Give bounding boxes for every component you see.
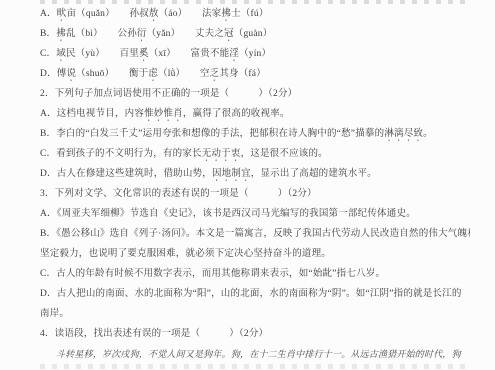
q2-option-c: C．看到孩子的不文明行为，有的家长无动于衷，这是很不应该的。	[40, 144, 470, 164]
emphasis-dotted-text: 冠	[224, 29, 234, 39]
q2-option-b: B．李白的“白发三千丈”运用夸张和想像的手法，把郁积在诗人胸中的“愁”描摹的淋漓…	[40, 124, 470, 144]
q1-option-a: A．畎亩（quǎn） 孙叔敖（áo） 法家拂士（fú）	[40, 4, 470, 24]
emphasis-dotted-text: 拂	[221, 9, 231, 19]
text-segment: 3．下列对文学、文化常识的表述有误的一项是（ ）（2分）	[40, 189, 317, 199]
q2-option-a: A．这档电视节目，内容惟妙惟肖，赢得了很高的收视率。	[40, 104, 470, 124]
text-segment: 其身（fá）	[219, 69, 266, 79]
emphasis-dotted-text: 因地制宜	[212, 169, 251, 179]
clipped-text-bottom	[40, 364, 465, 369]
text-segment: 南岸。	[40, 309, 69, 319]
q2-header: 2．下列句子加点词语使用不正确的一项是（ ）（2分）	[40, 84, 470, 104]
emphasis-dotted-text: 拂	[56, 29, 66, 39]
text-segment: 士（fú）	[231, 9, 268, 19]
text-segment: （yǎn） 丈夫之	[147, 29, 224, 39]
emphasis-dotted-text: 敖	[149, 9, 159, 19]
text-segment: （áo） 法家	[159, 9, 222, 19]
text-segment: （yín）	[239, 49, 271, 59]
emphasis-dotted-text: 域	[56, 49, 66, 59]
text-segment: A．《周亚夫军细柳》节选自《史记》，该书是西汉司马光编写的我国第一部纪传体通史。	[40, 209, 416, 219]
text-segment: D．傅	[40, 69, 66, 79]
text-segment: （shuō） 衡于	[76, 69, 148, 79]
text-segment: A．这档电视节目，内容	[40, 109, 144, 119]
text-segment: C．看到孩子的不文明行为，有的家长	[40, 149, 202, 159]
q4-passage-line-1: 斗转星移，岁次戌狗，不觉人间又是狗年。狗，在十二生肖中排行十一。从远古渔猎开始的…	[40, 344, 470, 364]
text-segment: 斗转星移，岁次戌狗，不觉人间又是狗年。狗，在十二生肖中排行十一。从远古渔猎开始的…	[56, 349, 461, 359]
emphasis-dotted-text: 奚	[139, 49, 149, 59]
text-segment: （lǜ） 空	[158, 69, 210, 79]
text-segment: D．古人在修建这些建筑时，借助山势，	[40, 169, 212, 179]
q3-option-c: C．古人的年龄有时候不用数字表示，而用其他称谓来表示，如“始龀”指七八岁。	[40, 264, 470, 284]
text-segment: A．	[40, 9, 57, 19]
exam-document-page: A．畎亩（quǎn） 孙叔敖（áo） 法家拂士（fú）B．拂乱（bì） 公孙衍（…	[40, 4, 470, 364]
q1-option-b: B．拂乱（bì） 公孙衍（yǎn） 丈夫之冠（guàn）	[40, 24, 470, 44]
emphasis-dotted-text: 惟妙惟肖	[144, 109, 183, 119]
emphasis-dotted-text: 无动于衷	[202, 149, 241, 159]
q3-option-b-continuation: 坚定毅力，也说明了要克服困难，就必须下定决心坚持奋斗的道理。	[40, 244, 470, 264]
q3-header: 3．下列对文学、文化常识的表述有误的一项是（ ）（2分）	[40, 184, 470, 204]
q2-option-d: D．古人在修建这些建筑时，借助山势，因地制宜，显示出了高超的建筑水平。	[40, 164, 470, 184]
q1-option-c: C．域民（yù） 百里奚（xī） 富贵不能淫（yín）	[40, 44, 470, 64]
emphasis-dotted-text: 畎	[57, 9, 67, 19]
q1-option-d: D．傅说（shuō） 衡于虑（lǜ） 空乏其身（fá）	[40, 64, 470, 84]
emphasis-dotted-text: 虑	[148, 69, 158, 79]
emphasis-dotted-text: 衍	[137, 29, 147, 39]
q3-option-a: A．《周亚夫军细柳》节选自《史记》，该书是西汉司马光编写的我国第一部纪传体通史。	[40, 204, 470, 224]
text-segment: （xī） 富贵不能	[149, 49, 230, 59]
text-segment: 坚定毅力，也说明了要克服困难，就必须下定决心坚持奋斗的道理。	[40, 249, 331, 259]
text-segment: 民（yù） 百里	[66, 49, 139, 59]
text-segment: B．《愚公移山》选自《列子·汤问》。本文是一篇寓言，反映了我国古代劳动人民改造自…	[40, 229, 470, 239]
emphasis-dotted-text: 乏	[210, 69, 220, 79]
emphasis-dotted-text: 淫	[229, 49, 239, 59]
q3-option-d: D．古人把山的南面、水的北面称为“阳”，山的北面，水的南面称为“阴”。如“江阴”…	[40, 284, 470, 304]
q4-header: 4．读语段，找出表述有误的一项是（ ）（2分）	[40, 324, 470, 344]
text-segment: 4．读语段，找出表述有误的一项是（ ）（2分）	[40, 329, 268, 339]
emphasis-dotted-text: 淋漓尽致	[384, 129, 423, 139]
text-segment: 。	[423, 129, 433, 139]
text-segment: （guàn）	[234, 29, 273, 39]
text-segment: 亩（quǎn） 孙叔	[66, 9, 148, 19]
text-segment: D．古人把山的南面、水的北面称为“阳”，山的北面，水的南面称为“阴”。如“江阴”…	[40, 289, 462, 299]
emphasis-dotted-text: 说	[66, 69, 76, 79]
q3-option-b: B．《愚公移山》选自《列子·汤问》。本文是一篇寓言，反映了我国古代劳动人民改造自…	[40, 224, 470, 244]
text-segment: 乱（bì） 公孙	[66, 29, 137, 39]
text-segment: B．李白的“白发三千丈”运用夸张和想像的手法，把郁积在诗人胸中的“愁”描摹的	[40, 129, 384, 139]
text-segment: B．	[40, 29, 56, 39]
text-segment: ，显示出了高超的建筑水平。	[251, 169, 377, 179]
q3-option-d-continuation: 南岸。	[40, 304, 470, 324]
text-segment: ，赢得了很高的收视率。	[183, 109, 290, 119]
text-segment: C．古人的年龄有时候不用数字表示，而用其他称谓来表示，如“始龀”指七八岁。	[40, 269, 385, 279]
document-lines: A．畎亩（quǎn） 孙叔敖（áo） 法家拂士（fú）B．拂乱（bì） 公孙衍（…	[40, 4, 470, 364]
text-segment: C．	[40, 49, 56, 59]
text-segment: 2．下列句子加点词语使用不正确的一项是（ ）（2分）	[40, 89, 297, 99]
text-segment: ，这是很不应该的。	[241, 149, 328, 159]
